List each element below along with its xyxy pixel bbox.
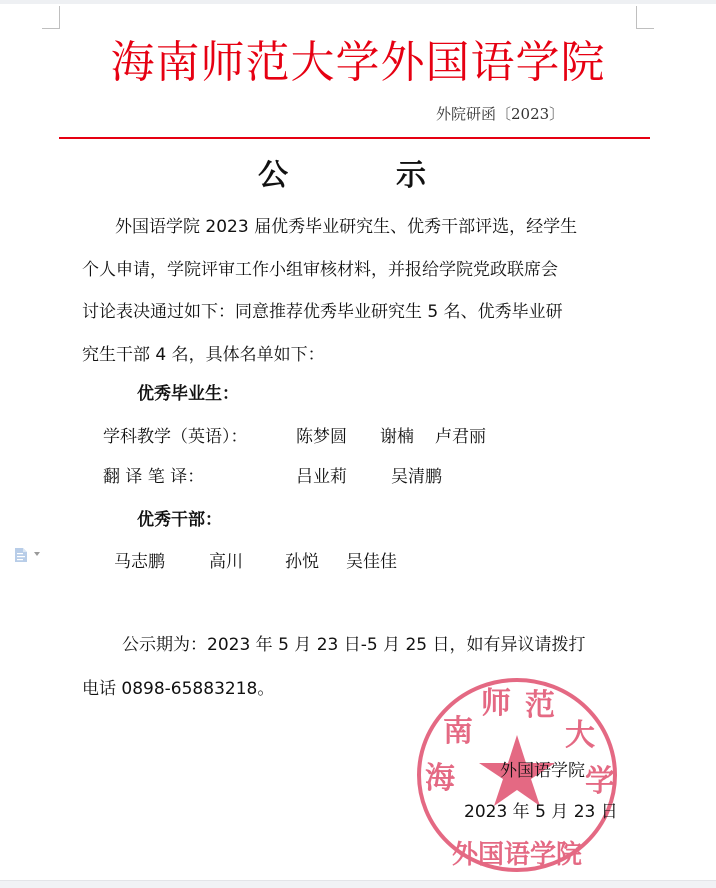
window-bottom-edge [0,880,716,888]
graduates-heading: 优秀毕业生： [137,379,239,404]
chevron-down-icon[interactable] [34,552,40,556]
letterhead-title: 海南师范大学外国语学院 [0,34,716,92]
notice-title-right: 示 [396,150,426,194]
group-label-translation: 翻 译 笔 译： [103,462,204,487]
period-line-1: 公示期为：2023 年 5 月 23 日-5 月 25 日，如有异议请拨打 [122,630,586,655]
graduate-name: 谢楠 [380,422,414,447]
page-corner-mark-left [42,6,60,29]
body-line-1: 外国语学院 2023 届优秀毕业研究生、优秀干部评选，经学生 [115,212,577,237]
signature-date: 2023 年 5 月 23 日 [464,797,618,822]
page-corner-mark-right [636,6,654,29]
graduate-name: 陈梦圆 [296,422,347,447]
body-line-4: 究生干部 4 名，具体名单如下： [82,340,325,365]
signature-org: 外国语学院 [500,756,585,781]
body-line-3: 讨论表决通过如下：同意推荐优秀毕业研究生 5 名、优秀毕业研 [82,297,563,322]
cadre-name: 孙悦 [285,547,319,572]
body-line-2: 个人申请，学院评审工作小组审核材料，并报给学院党政联席会 [82,255,558,280]
graduate-name: 吴清鹏 [391,462,442,487]
cadres-heading: 优秀干部： [137,505,222,530]
cadre-name: 马志鹏 [114,547,165,572]
cadre-name: 吴佳佳 [346,547,397,572]
paragraph-layout-icon[interactable] [14,547,28,563]
letterhead-divider [59,137,650,139]
graduate-name: 卢君丽 [435,422,486,447]
graduate-name: 吕业莉 [296,462,347,487]
document-number: 外院研函〔2023〕 [436,103,564,124]
window-top-edge [0,0,716,4]
period-line-2: 电话 0898-65883218。 [82,674,274,699]
cadre-name: 高川 [209,547,243,572]
group-label-english-teaching: 学科教学（英语）： [103,422,248,447]
svg-text:外国语学院: 外国语学院 [452,840,582,870]
notice-title-left: 公 [258,150,288,194]
